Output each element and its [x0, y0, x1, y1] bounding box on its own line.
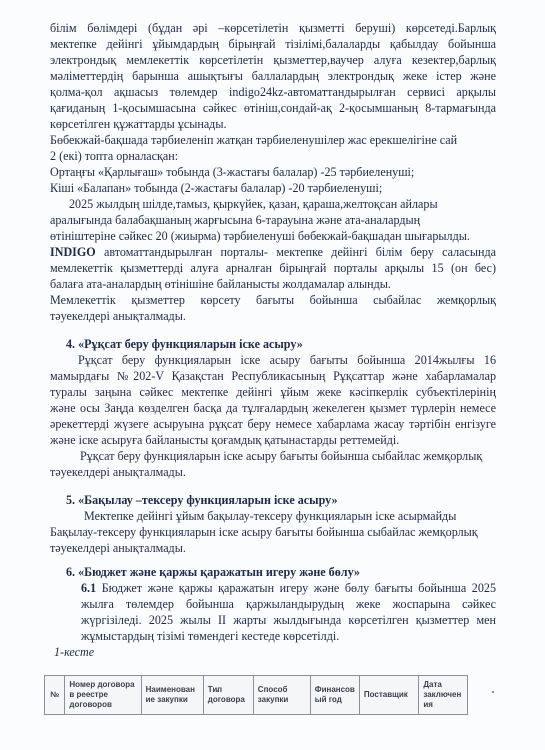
text-line: өтініштеріне сәйкес 20 (жиырма) тәрбиеле…: [50, 229, 496, 244]
text-line: электрондық мемлекеттік көрсетілетін қыз…: [50, 53, 496, 68]
text-line: қолма-қол ақшасыз төлемдер indigo24kz-ав…: [50, 85, 496, 100]
col-header-supplier: Поставщик: [359, 676, 418, 715]
text-line: 6.1 Бюджет және қаржы қаражатын игеру жә…: [81, 581, 496, 596]
contracts-table: № Номер договора в реестре договоров Наи…: [44, 675, 468, 715]
text-line: қағиданың 1-қосымшасына сәйкес өтініш,со…: [50, 101, 496, 116]
text-line: туралы заңына сәйкес мектепке дейінгі ұй…: [50, 385, 496, 400]
document-page: білім бөлімдері (бұдан әрі –көрсетілетін…: [0, 0, 545, 750]
text-line: жүргізіледі. 2025 жылы II жарты жылдығын…: [81, 613, 496, 628]
text-line: және іске асыруға байланысты қоғамдық қа…: [50, 433, 496, 448]
text-line: мектепке дейінгі ұйымдардың бірыңғай тіз…: [50, 37, 496, 52]
text-line: Мемлекеттік қызметтер көрсету бағыты бой…: [50, 293, 496, 308]
text-line: жұмыстардың тізімі төмендегі кестеде көр…: [81, 629, 527, 644]
text-fragment: Бюджет және қаржы қаражатын игеру және б…: [96, 581, 496, 595]
section-4-heading: 4. «Рұқсат беру функцияларын іске асыру»: [66, 337, 512, 352]
col-header-number: №: [45, 676, 65, 715]
text-line: Бөбекжай-бақшада тәрбиеленіп жатқан тәрб…: [50, 133, 496, 148]
text-line: балаға ата-аналардың өтінішіне байланыст…: [50, 277, 496, 292]
section-6-heading: 6. «Бюджет және қаржы қаражатын игеру жә…: [66, 565, 512, 580]
text-line: тәуекелдері анықталмады.: [50, 465, 496, 480]
text-line: Кіші «Балапан» тобында (2-жастағы балала…: [50, 181, 496, 196]
col-header-conclusion-date: Дата заключен ия: [419, 676, 468, 715]
section-5-heading: 5. «Бақылау –тексеру функцияларын іске а…: [66, 493, 512, 508]
text-line: мәліметтердің барынша ашықтығы баллалард…: [50, 69, 496, 84]
text-line: тәуекелдері анықталмады.: [50, 309, 496, 324]
indigo-label: INDIGO: [50, 245, 96, 259]
text-line: мемлекеттік қызметтерді алуға арналған б…: [50, 261, 496, 276]
col-header-purchase-method: Способ закупки: [253, 676, 310, 715]
text-line: Рұқсат беру функцияларын іске асыру бағы…: [80, 449, 526, 464]
text-line: әрекеттерді жүзеге асыруына рұқсат беру …: [50, 417, 496, 432]
text-line: аралығында балабақшаның жарғысына 6-тара…: [50, 213, 496, 228]
text-line: Ортаңғы «Қарлығаш» тобында (3-жастағы ба…: [50, 165, 496, 180]
table-caption: 1-кесте: [54, 645, 500, 660]
col-header-contract-type: Тип договора: [203, 676, 253, 715]
text-fragment: автоматтандырылған порталы- мектепке дей…: [96, 245, 496, 259]
text-line: 2 (екі) топта орналасқан:: [50, 149, 496, 164]
col-header-purchase-name: Наименован ие закупки: [141, 676, 203, 715]
text-line: көрсетілген құжаттарды ұсынады.: [50, 117, 496, 132]
text-line: білім бөлімдері (бұдан әрі –көрсетілетін…: [50, 21, 496, 36]
indigo-line: INDIGO автоматтандырылған порталы- мекте…: [50, 245, 496, 260]
text-line: жылға төлемдер бойынша қаржыландырудың ж…: [81, 597, 496, 612]
text-line: Бақылау-тексеру функцияларын іске асыру …: [50, 525, 496, 540]
col-header-fiscal-year: Финансов ый год: [310, 676, 359, 715]
text-line: тәуекелдері анықталмады.: [50, 541, 496, 556]
col-header-contract-number: Номер договора в реестре договоров: [65, 676, 141, 715]
table-header-row: № Номер договора в реестре договоров Наи…: [45, 676, 468, 715]
text-line: мамырдағы №202-V Қазақстан Республикасын…: [50, 369, 496, 384]
scan-speck: [216, 690, 218, 692]
subsection-number: 6.1: [81, 581, 96, 595]
text-line: 2025 жылдың шілде,тамыз, қыркүйек, қазан…: [69, 197, 515, 212]
text-line: Рұқсат беру функцияларын іске асыру бағы…: [78, 353, 496, 368]
text-line: Мектепке дейінгі ұйым бақылау-тексеру фу…: [84, 509, 530, 524]
scan-speck: [492, 691, 494, 693]
text-line: және осы Заңда көзделген басқа да тұлғал…: [50, 401, 496, 416]
